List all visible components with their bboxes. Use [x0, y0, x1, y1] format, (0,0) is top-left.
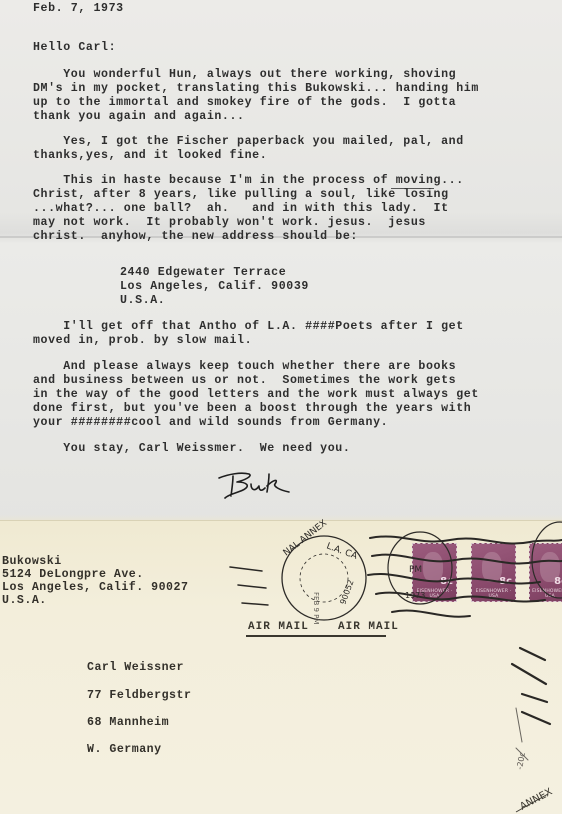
text-line: ...what?... one ball? ah. and in with th… — [33, 202, 449, 215]
recipient-line: 77 Feldbergstr — [87, 689, 191, 702]
address-line: U.S.A. — [120, 294, 165, 307]
typed-letter: Feb. 7, 1973 Hello Carl: You wonderful H… — [0, 0, 562, 530]
stamp-value: 8c — [440, 576, 453, 587]
return-address-line: Los Angeles, Calif. 90027 — [2, 581, 188, 594]
text-line: in the way of the good letters and the w… — [33, 388, 479, 401]
text-line: Christ, after 8 years, like pulling a so… — [33, 188, 449, 201]
stamp-caption: EISENHOWER · USA — [413, 589, 456, 599]
text-line: I'll get off that Antho of L.A. ####Poet… — [33, 320, 464, 333]
text-line: christ. anyhow, the new address should b… — [33, 230, 358, 243]
airmail-underline — [246, 635, 386, 637]
address-line: Los Angeles, Calif. 90039 — [120, 280, 309, 293]
text-line: Yes, I got the Fischer paperback you mai… — [33, 135, 464, 148]
text-line: You wonderful Hun, always out there work… — [33, 68, 456, 81]
closing-line: You stay, Carl Weissmer. We need you. — [33, 442, 350, 455]
text-line: done first, but you've been a boost thro… — [33, 402, 471, 415]
text-line: moved in, prob. by slow mail. — [33, 334, 252, 347]
stamp-caption: EISENHOWER · USA — [472, 589, 515, 599]
recipient-line: Carl Weissner — [87, 661, 184, 674]
text-line: may not work. It probably won't work. je… — [33, 216, 426, 229]
stamp-value: 8c — [499, 576, 512, 587]
airmail-label: AIR MAIL — [338, 621, 399, 633]
text-line: and business between us or not. Sometime… — [33, 374, 456, 387]
return-address-line: U.S.A. — [2, 594, 47, 607]
airmail-label: AIR MAIL — [248, 621, 309, 633]
text-line: And please always keep touch whether the… — [33, 360, 456, 373]
text-line: your ########cool and wild sounds from G… — [33, 416, 388, 429]
text-line: This in haste because I'm in the process… — [33, 174, 464, 187]
text-line: thank you again and again... — [33, 110, 245, 123]
recipient-line: 68 Mannheim — [87, 716, 169, 729]
text-line: up to the immortal and smokey fire of th… — [33, 96, 456, 109]
text-line: thanks,yes, and it looked fine. — [33, 149, 267, 162]
text-line: DM's in my pocket, translating this Buko… — [33, 82, 479, 95]
postage-stamp: 8c EISENHOWER · USA — [412, 543, 457, 602]
letter-salutation: Hello Carl: — [33, 41, 116, 54]
return-address-line: 5124 DeLongpre Ave. — [2, 568, 144, 581]
recipient-line: W. Germany — [87, 743, 162, 756]
stamp-value: 8c — [554, 576, 562, 587]
return-address-line: Bukowski — [2, 555, 62, 568]
stamp-caption: EISENHOWER · USA — [530, 589, 562, 599]
postage-stamp: 8c EISENHOWER · USA — [529, 543, 562, 602]
signature-buk — [215, 468, 305, 504]
letter-date: Feb. 7, 1973 — [33, 2, 124, 15]
address-line: 2440 Edgewater Terrace — [120, 266, 286, 279]
postage-stamp: 8c EISENHOWER · USA — [471, 543, 516, 602]
